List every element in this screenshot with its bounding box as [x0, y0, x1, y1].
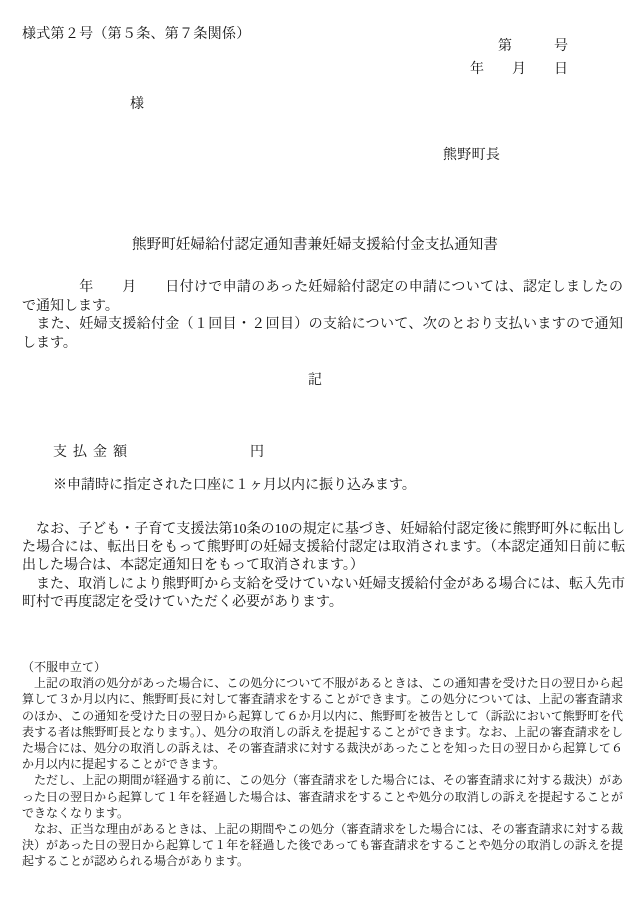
payment-unit-label: 円 — [250, 441, 264, 461]
date-line: 年 月 日 — [0, 58, 568, 81]
appeal-section: （不服申立て） 上記の取消の処分があった場合に、この処分について不服があるときは… — [22, 659, 623, 870]
document-title: 熊野町妊婦給付認定通知書兼妊婦支援給付金支払通知書 — [0, 233, 630, 254]
payment-amount-row: 支払金額 円 — [53, 441, 133, 461]
appeal-paragraph-1: 上記の取消の処分があった場合に、この処分について不服があるときは、この通知書を受… — [22, 675, 623, 772]
notice-paragraph-2: また、取消しにより熊野町から支給を受けていない妊婦支援給付金がある場合には、転入… — [22, 576, 625, 612]
notice-section: なお、子ども・子育て支援法第10条の10の規定に基づき、妊婦給付認定後に熊野町外… — [22, 521, 625, 612]
document-page: 様式第２号（第５条、第７条関係） 第 号 年 月 日 様 熊野町長 熊野町妊婦給… — [0, 0, 630, 903]
document-number-line: 第 号 — [0, 35, 568, 58]
appeal-heading: （不服申立て） — [22, 659, 623, 675]
payment-note: ※申請時に指定された口座に１ヶ月以内に振り込みます。 — [53, 474, 416, 494]
section-marker: 記 — [0, 369, 630, 389]
notice-paragraph-1: なお、子ども・子育て支援法第10条の10の規定に基づき、妊婦給付認定後に熊野町外… — [22, 521, 625, 576]
intro-paragraph-2: また、妊婦支援給付金（１回目・２回目）の支給について、次のとおり支払いますので通… — [22, 316, 623, 353]
payment-amount-label: 支払金額 — [53, 445, 133, 460]
document-number-block: 第 号 年 月 日 — [0, 35, 568, 81]
addressee-honorific: 様 — [130, 93, 144, 113]
appeal-paragraph-3: なお、正当な理由があるときは、上記の期間やこの処分（審査請求をした場合には、その… — [22, 821, 623, 870]
intro-paragraph-1: 年 月 日付けで申請のあった妊婦給付認定の申請については、認定しましたので通知し… — [22, 279, 623, 316]
appeal-paragraph-2: ただし、上記の期間が経過する前に、この処分（審査請求をした場合には、その審査請求… — [22, 772, 623, 821]
intro-section: 年 月 日付けで申請のあった妊婦給付認定の申請については、認定しましたので通知し… — [22, 279, 623, 353]
sender-title: 熊野町長 — [443, 144, 500, 164]
